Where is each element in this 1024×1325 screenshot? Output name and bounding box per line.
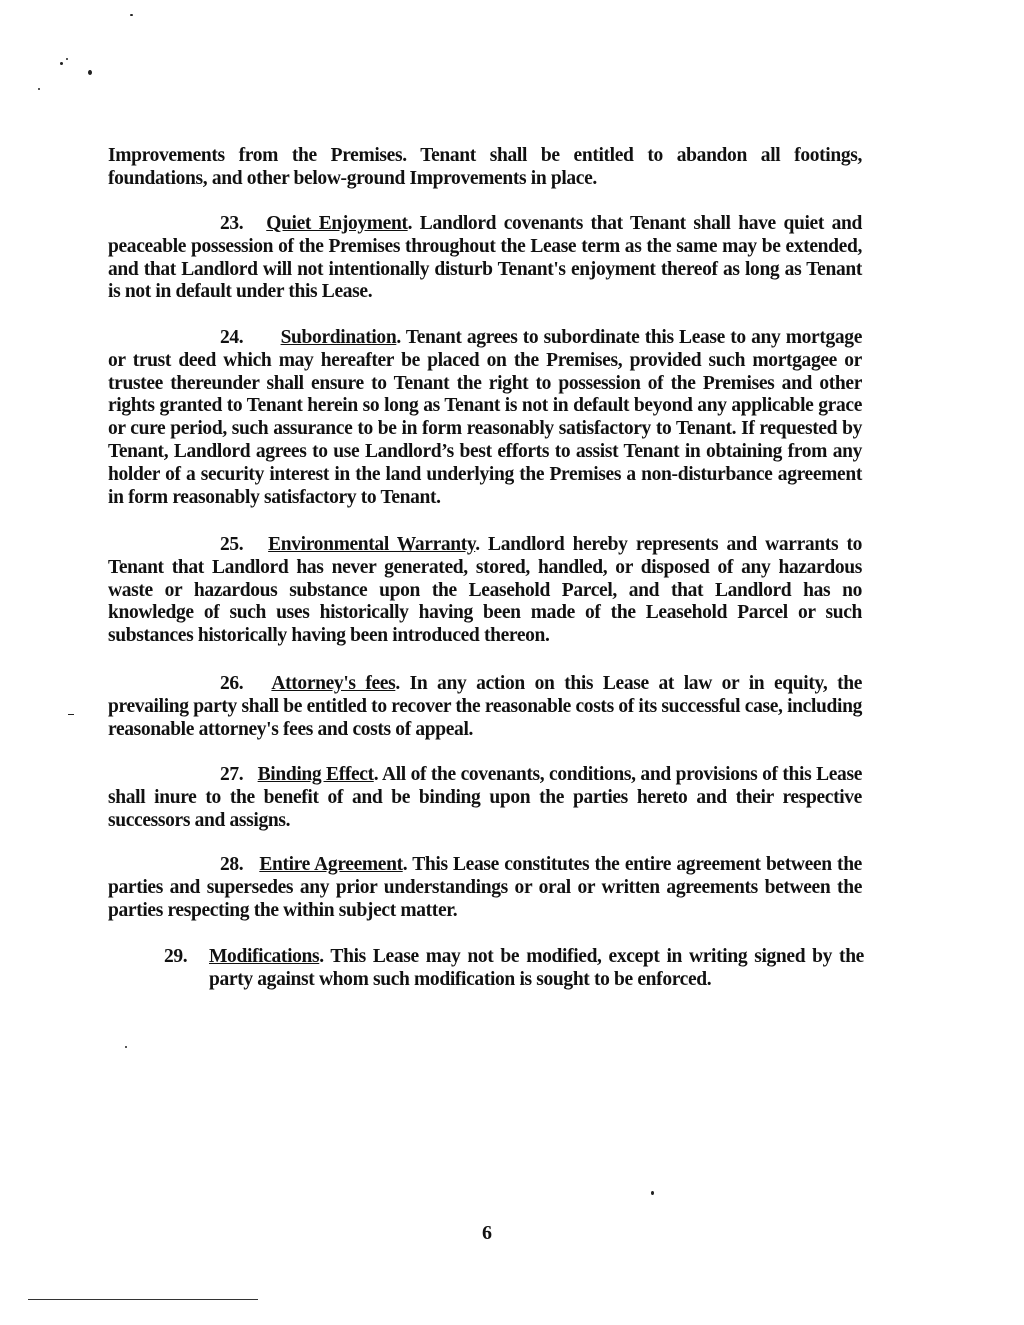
section-heading: Entire Agreement — [259, 854, 402, 875]
section-23: 23. Quiet Enjoyment. Landlord covenants … — [108, 213, 862, 304]
section-number: 25. — [164, 534, 243, 557]
section-25: 25. Environmental Warranty. Landlord her… — [108, 534, 862, 648]
scan-speck — [125, 1046, 127, 1048]
section-number: 29. — [164, 946, 187, 969]
scan-speck — [130, 14, 133, 16]
section-heading: Environmental Warranty — [268, 534, 475, 555]
section-heading: Quiet Enjoyment — [266, 213, 407, 234]
scan-speck — [88, 70, 92, 75]
scan-speck — [66, 58, 68, 60]
scan-speck — [60, 62, 63, 65]
section-number: 26. — [164, 673, 243, 696]
section-heading: Binding Effect — [258, 764, 374, 785]
section-heading: Attorney's fees — [271, 673, 395, 694]
section-27: 27. Binding Effect. All of the covenants… — [108, 764, 862, 832]
section-heading: Modifications — [209, 946, 319, 967]
section-number: 23. — [164, 213, 243, 236]
section-number: 28. — [164, 854, 243, 877]
section-text: Tenant agrees to subordinate this Lease … — [108, 327, 862, 508]
scan-speck — [38, 88, 40, 90]
page-body: Improvements from the Premises. Tenant s… — [108, 145, 862, 191]
scan-edge-line — [28, 1299, 258, 1300]
continuation-paragraph: Improvements from the Premises. Tenant s… — [108, 145, 862, 191]
page-number: 6 — [482, 1222, 492, 1245]
section-number: 24. — [164, 327, 243, 350]
section-26: 26. Attorney's fees. In any action on th… — [108, 673, 862, 741]
section-24: 24. Subordination. Tenant agrees to subo… — [108, 327, 862, 509]
scan-speck — [651, 1191, 654, 1195]
section-number: 27. — [164, 764, 243, 787]
scan-speck — [68, 714, 74, 715]
section-29: 29. Modifications. This Lease may not be… — [164, 946, 864, 992]
section-28: 28. Entire Agreement. This Lease constit… — [108, 854, 862, 922]
section-heading: Subordination — [281, 327, 397, 348]
